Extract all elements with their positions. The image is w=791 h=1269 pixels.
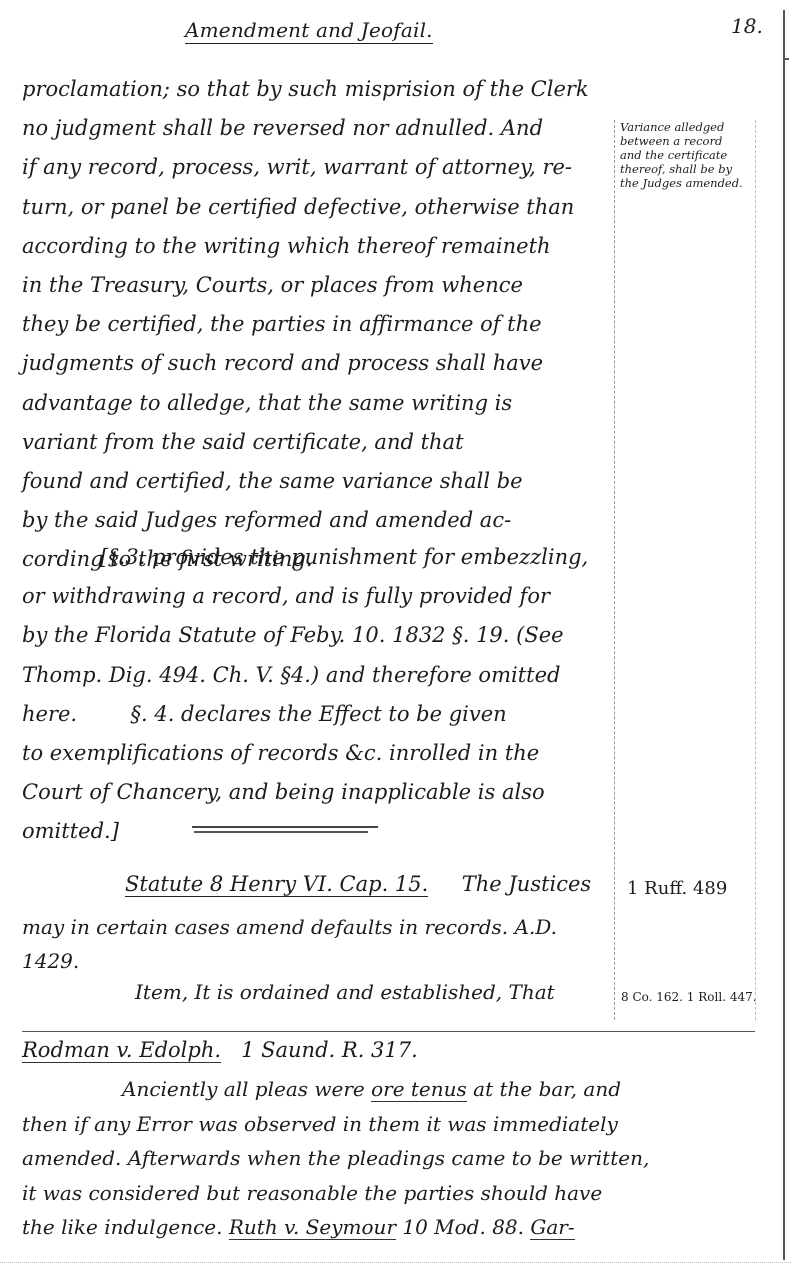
margin-note-line: the Judges amended. bbox=[620, 176, 770, 190]
text-line: by the Florida Statute of Feby. 10. 1832… bbox=[22, 616, 612, 655]
text-line: Thomp. Dig. 494. Ch. V. §4.) and therefo… bbox=[22, 656, 612, 695]
margin-note-line: and the certificate bbox=[620, 148, 770, 162]
text-line: amended. Afterwards when the pleadings c… bbox=[22, 1141, 757, 1176]
text-line: they be certified, the parties in affirm… bbox=[22, 305, 612, 344]
text-line: Anciently all pleas were ore tenus at th… bbox=[22, 1072, 757, 1107]
text-line: Court of Chancery, and being inapplicabl… bbox=[22, 773, 612, 812]
text-line: or withdrawing a record, and is fully pr… bbox=[22, 577, 612, 616]
statute-summary: may in certain cases amend defaults in r… bbox=[22, 910, 622, 978]
page-title: Amendment and Jeofail. bbox=[185, 18, 433, 44]
text-line: in the Treasury, Courts, or places from … bbox=[22, 266, 612, 305]
margin-note-variance: Variance alledged between a record and t… bbox=[620, 120, 770, 190]
text-line: to exemplifications of records &c. inrol… bbox=[22, 734, 612, 773]
manuscript-page: Amendment and Jeofail. 18. proclamation;… bbox=[0, 0, 791, 1269]
text-segment: the like indulgence. bbox=[22, 1215, 229, 1239]
annotation-divider bbox=[22, 1031, 755, 1032]
text-line: if any record, process, writ, warrant of… bbox=[22, 148, 612, 187]
case-reference: Gar- bbox=[530, 1215, 574, 1240]
text-line: advantage to alledge, that the same writ… bbox=[22, 384, 612, 423]
page-border-tick bbox=[783, 58, 789, 60]
text-line: judgments of such record and process sha… bbox=[22, 344, 612, 383]
text-line: 1429. bbox=[22, 944, 622, 978]
text-line: proclamation; so that by such misprision… bbox=[22, 70, 612, 109]
statute-title: Statute 8 Henry VI. Cap. 15. bbox=[125, 872, 428, 897]
text-segment: at the bar, and bbox=[467, 1077, 621, 1101]
statute-heading: Statute 8 Henry VI. Cap. 15. The Justice… bbox=[125, 872, 591, 896]
text-line: then if any Error was observed in them i… bbox=[22, 1107, 757, 1142]
case-citation: 1 Saund. R. 317. bbox=[241, 1038, 418, 1062]
margin-ref-ruff: 1 Ruff. 489 bbox=[627, 878, 727, 899]
text-line: may in certain cases amend defaults in r… bbox=[22, 910, 622, 944]
statute-summary-start: The Justices bbox=[462, 872, 591, 896]
case-heading: Rodman v. Edolph. 1 Saund. R. 317. bbox=[22, 1038, 418, 1062]
margin-note-line: Variance alledged bbox=[620, 120, 770, 134]
text-line: turn, or panel be certified defective, o… bbox=[22, 188, 612, 227]
case-title: Rodman v. Edolph. bbox=[22, 1038, 221, 1063]
case-reference: Ruth v. Seymour bbox=[229, 1215, 396, 1240]
text-line: by the said Judges reformed and amended … bbox=[22, 501, 612, 540]
text-line: no judgment shall be reversed nor adnull… bbox=[22, 109, 612, 148]
page-bottom-edge bbox=[0, 1262, 791, 1263]
text-line: here. §. 4. declares the Effect to be gi… bbox=[22, 695, 612, 734]
bracket-note-block: [§.3. provides the punishment for embezz… bbox=[22, 538, 612, 852]
text-line: it was considered but reasonable the par… bbox=[22, 1176, 757, 1211]
main-text-block: proclamation; so that by such misprision… bbox=[22, 70, 612, 579]
text-line: [§.3. provides the punishment for embezz… bbox=[22, 538, 612, 577]
page-number: 18. bbox=[731, 14, 763, 38]
text-line: the like indulgence. Ruth v. Seymour 10 … bbox=[22, 1210, 757, 1245]
text-line: variant from the said certificate, and t… bbox=[22, 423, 612, 462]
margin-ref-coke: 8 Co. 162. 1 Roll. 447. bbox=[621, 990, 757, 1004]
statute-item-line: Item, It is ordained and established, Th… bbox=[135, 980, 555, 1004]
page-right-border bbox=[783, 10, 785, 1260]
text-line: according to the writing which thereof r… bbox=[22, 227, 612, 266]
margin-note-line: between a record bbox=[620, 134, 770, 148]
margin-note-line: thereof, shall be by bbox=[620, 162, 770, 176]
margin-rule-outer bbox=[755, 120, 756, 1020]
text-segment: 10 Mod. 88. bbox=[396, 1215, 530, 1239]
text-segment: Anciently all pleas were bbox=[122, 1077, 371, 1101]
latin-phrase: ore tenus bbox=[371, 1077, 467, 1102]
case-annotation: Anciently all pleas were ore tenus at th… bbox=[22, 1072, 757, 1245]
text-line: found and certified, the same variance s… bbox=[22, 462, 612, 501]
margin-rule bbox=[614, 120, 615, 1020]
